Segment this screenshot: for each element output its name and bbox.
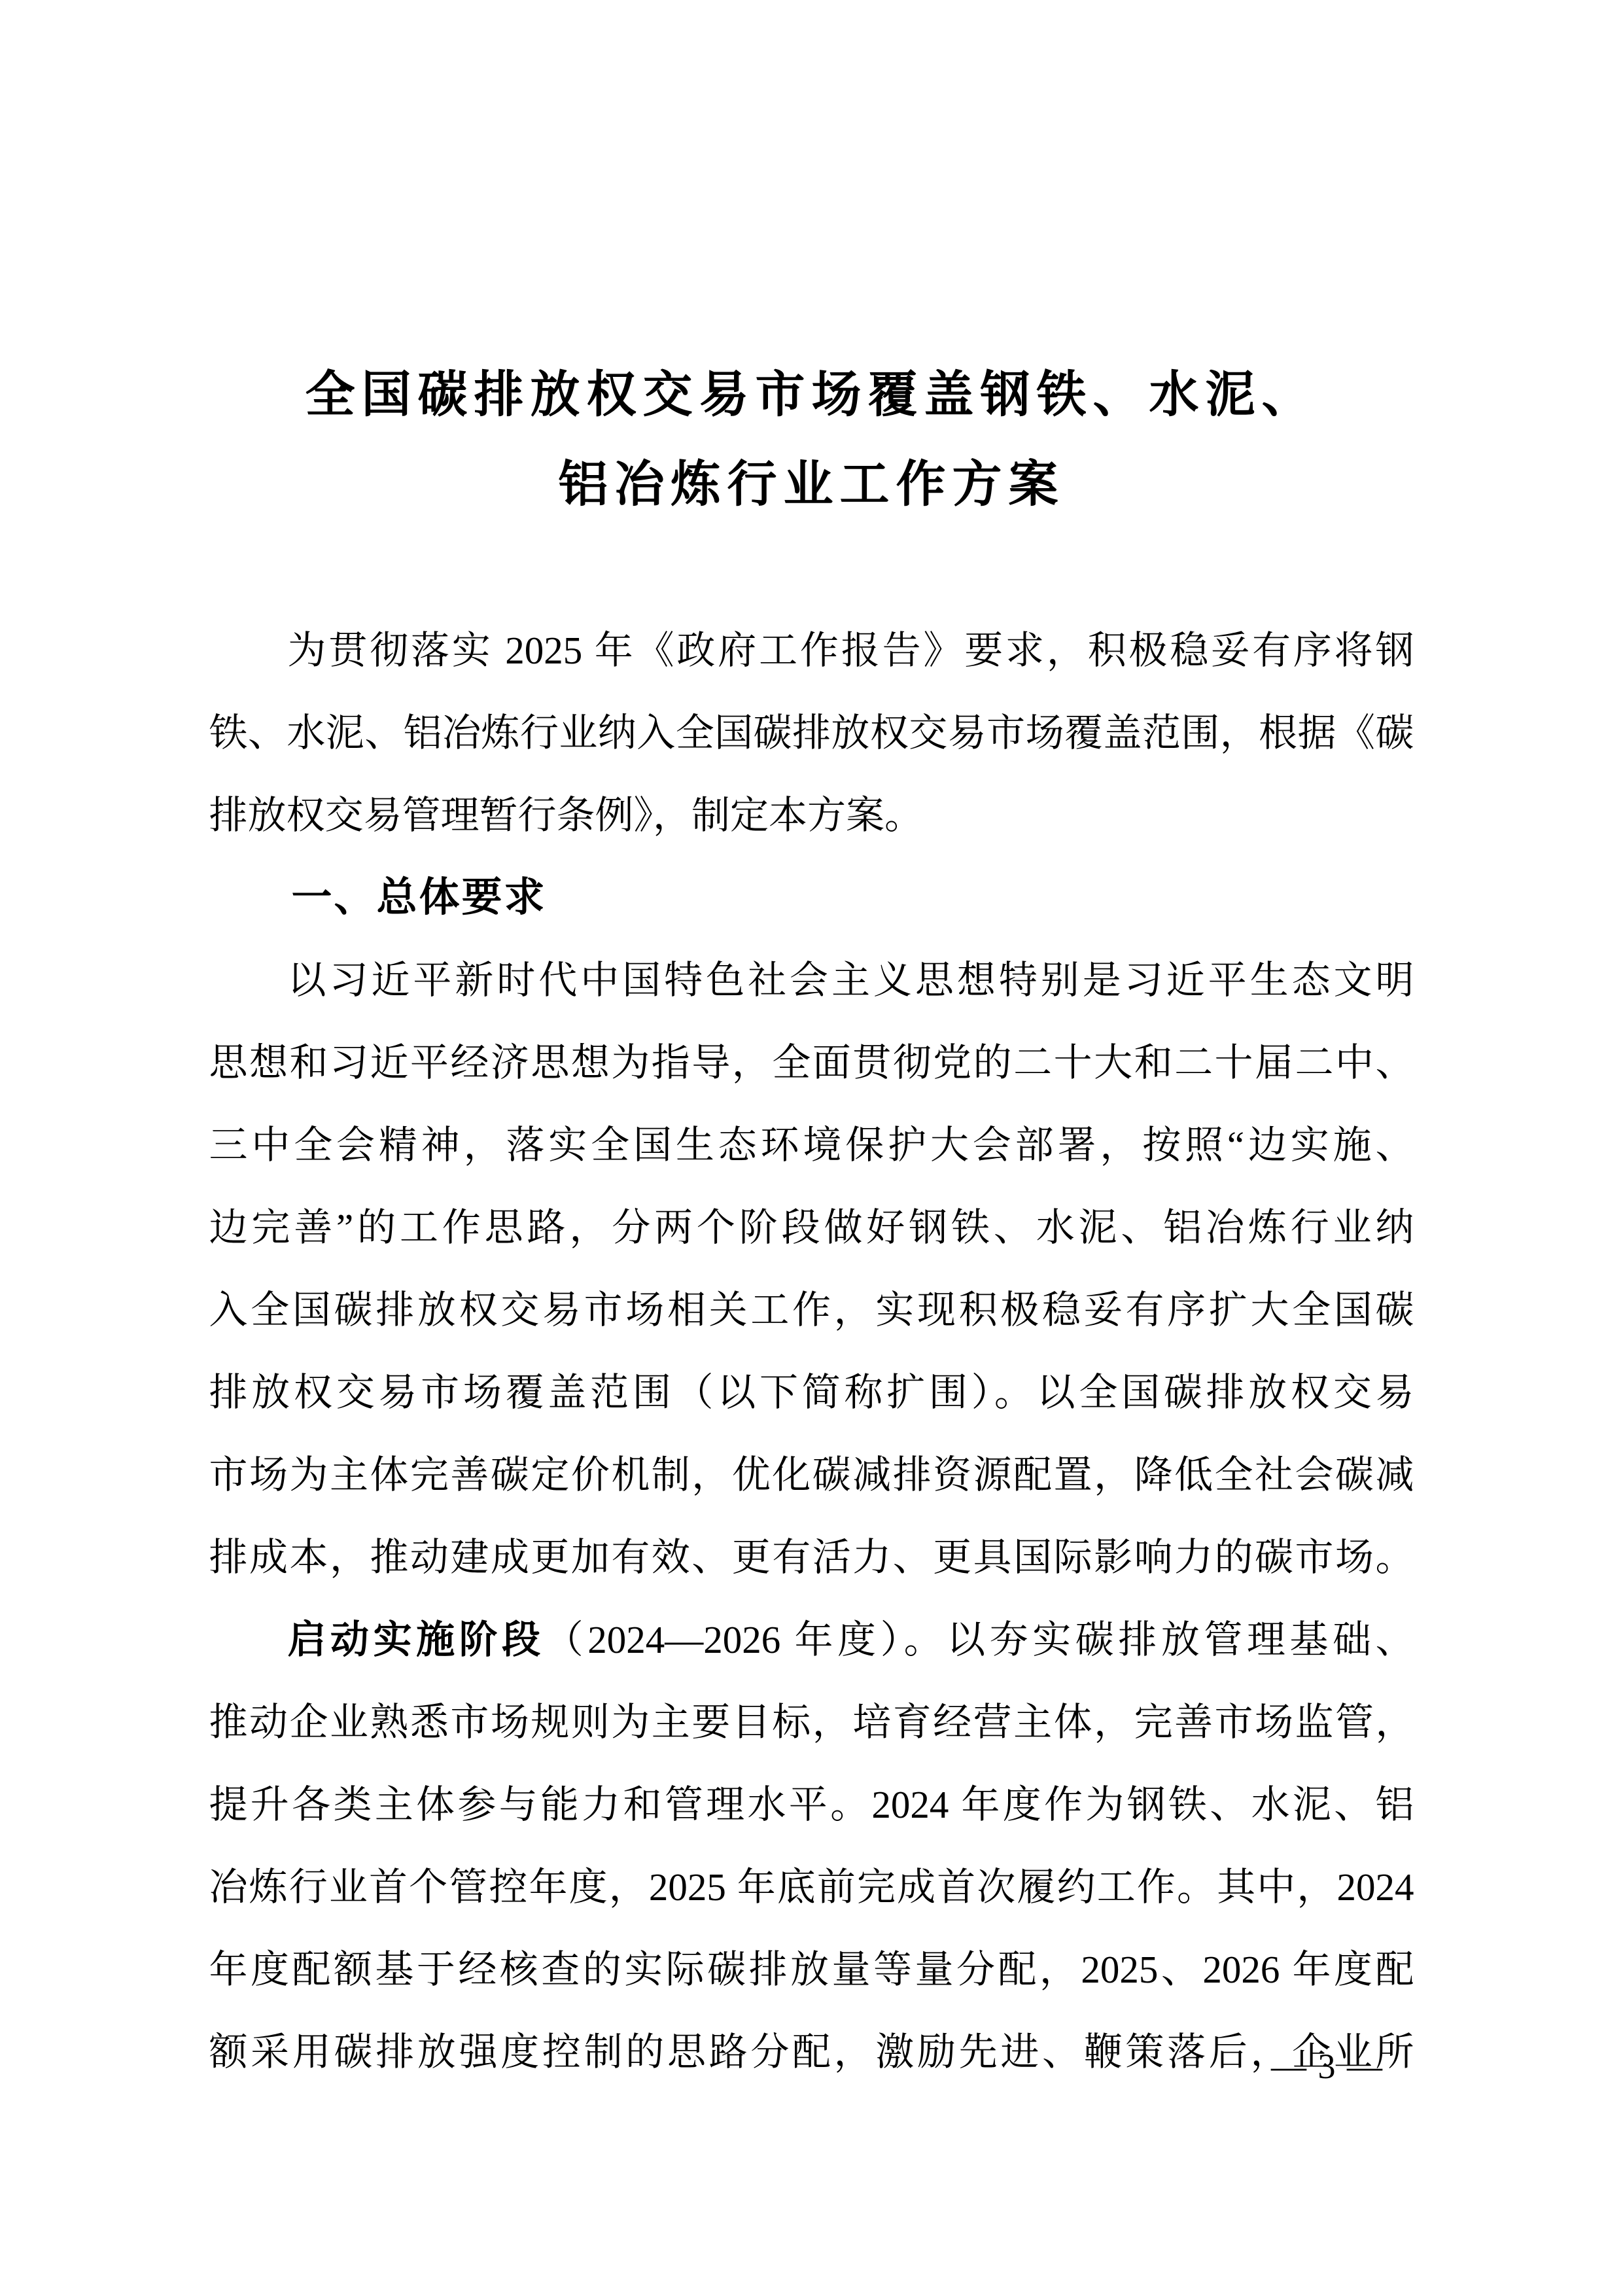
document-page: 全国碳排放权交易市场覆盖钢铁、水泥、 铝冶炼行业工作方案 为贯彻落实 2025 … — [0, 0, 1623, 2296]
text-run: 以习近平新时代中国特色社会主义思想特别是习近平生态文明 — [288, 959, 1414, 1002]
paragraph: 以习近平新时代中国特色社会主义思想特别是习近平生态文明思想和习近平经济思想为指导… — [209, 939, 1414, 1598]
text-run: 铁、水泥、铝冶炼行业纳入全国碳排放权交易市场覆盖范围，根据《碳 — [209, 711, 1414, 754]
doc-line: 提升各类主体参与能力和管理水平。2024 年度作为钢铁、水泥、铝 — [209, 1763, 1414, 1846]
doc-line: 市场为主体完善碳定价机制，优化碳减排资源配置，降低全社会碳减 — [209, 1434, 1414, 1516]
doc-title: 全国碳排放权交易市场覆盖钢铁、水泥、 铝冶炼行业工作方案 — [0, 0, 1623, 529]
doc-line: 排放权交易管理暂行条例》，制定本方案。 — [209, 774, 1414, 857]
doc-line: 三中全会精神，落实全国生态环境保护大会部署，按照“边实施、 — [209, 1104, 1414, 1186]
text-run: 排放权交易管理暂行条例》，制定本方案。 — [209, 794, 924, 837]
doc-line: 思想和习近平经济思想为指导，全面贯彻党的二十大和二十届二中、 — [209, 1021, 1414, 1104]
doc-line: 排放权交易市场覆盖范围（以下简称扩围）。以全国碳排放权交易 — [209, 1351, 1414, 1434]
text-run: （2024—2026 年度）。以夯实碳排放管理基础、 — [545, 1618, 1414, 1661]
text-run: 年度配额基于经核查的实际碳排放量等量分配，2025、2026 年度配 — [209, 1948, 1414, 1991]
text-run: 边完善”的工作思路，分两个阶段做好钢铁、水泥、铝冶炼行业纳 — [209, 1206, 1414, 1249]
doc-line: 年度配额基于经核查的实际碳排放量等量分配，2025、2026 年度配 — [209, 1928, 1414, 2011]
doc-line: 以习近平新时代中国特色社会主义思想特别是习近平生态文明 — [209, 939, 1414, 1021]
doc-title-line-2: 铝冶炼行业工作方案 — [0, 440, 1623, 529]
doc-line: 铁、水泥、铝冶炼行业纳入全国碳排放权交易市场覆盖范围，根据《碳 — [209, 692, 1414, 774]
text-run: 为贯彻落实 2025 年《政府工作报告》要求，积极稳妥有序将钢 — [288, 629, 1414, 672]
doc-line: 排成本，推动建成更加有效、更有活力、更具国际影响力的碳市场。 — [209, 1516, 1414, 1598]
text-run: 三中全会精神，落实全国生态环境保护大会部署，按照“边实施、 — [209, 1123, 1414, 1167]
doc-line: 推动企业熟悉市场规则为主要目标，培育经营主体，完善市场监管， — [209, 1681, 1414, 1763]
text-run: 推动企业熟悉市场规则为主要目标，培育经营主体，完善市场监管， — [209, 1701, 1414, 1744]
doc-line: 一、总体要求 — [209, 857, 1414, 939]
text-run: 思想和习近平经济思想为指导，全面贯彻党的二十大和二十届二中、 — [209, 1041, 1414, 1084]
text-run: 额采用碳排放强度控制的思路分配，激励先进、鞭策落后，企业所 — [209, 2030, 1414, 2074]
bold-run: 启动实施阶段 — [288, 1618, 545, 1661]
text-run: 入全国碳排放权交易市场相关工作，实现积极稳妥有序扩大全国碳 — [209, 1288, 1414, 1332]
doc-line: 入全国碳排放权交易市场相关工作，实现积极稳妥有序扩大全国碳 — [209, 1269, 1414, 1351]
text-run: 冶炼行业首个管控年度，2025 年底前完成首次履约工作。其中，2024 — [209, 1865, 1414, 1909]
section-heading: 一、总体要求 — [209, 857, 1414, 939]
doc-line: 为贯彻落实 2025 年《政府工作报告》要求，积极稳妥有序将钢 — [209, 609, 1414, 692]
text-run: 市场为主体完善碳定价机制，优化碳减排资源配置，降低全社会碳减 — [209, 1453, 1414, 1496]
doc-line: 启动实施阶段（2024—2026 年度）。以夯实碳排放管理基础、 — [209, 1598, 1414, 1681]
doc-line: 额采用碳排放强度控制的思路分配，激励先进、鞭策落后，企业所 — [209, 2011, 1414, 2093]
text-run: 提升各类主体参与能力和管理水平。2024 年度作为钢铁、水泥、铝 — [209, 1783, 1414, 1826]
paragraph: 启动实施阶段（2024—2026 年度）。以夯实碳排放管理基础、推动企业熟悉市场… — [209, 1598, 1414, 2093]
doc-title-line-1: 全国碳排放权交易市场覆盖钢铁、水泥、 — [0, 350, 1623, 440]
doc-line: 边完善”的工作思路，分两个阶段做好钢铁、水泥、铝冶炼行业纳 — [209, 1186, 1414, 1269]
text-run: 排放权交易市场覆盖范围（以下简称扩围）。以全国碳排放权交易 — [209, 1371, 1414, 1414]
doc-body: 为贯彻落实 2025 年《政府工作报告》要求，积极稳妥有序将钢铁、水泥、铝冶炼行… — [209, 609, 1414, 2093]
paragraph: 为贯彻落实 2025 年《政府工作报告》要求，积极稳妥有序将钢铁、水泥、铝冶炼行… — [209, 609, 1414, 857]
page-number: — 3 — — [1271, 2047, 1384, 2086]
text-run: 排成本，推动建成更加有效、更有活力、更具国际影响力的碳市场。 — [209, 1536, 1414, 1579]
bold-run: 一、总体要求 — [292, 875, 547, 920]
doc-line: 冶炼行业首个管控年度，2025 年底前完成首次履约工作。其中，2024 — [209, 1846, 1414, 1928]
